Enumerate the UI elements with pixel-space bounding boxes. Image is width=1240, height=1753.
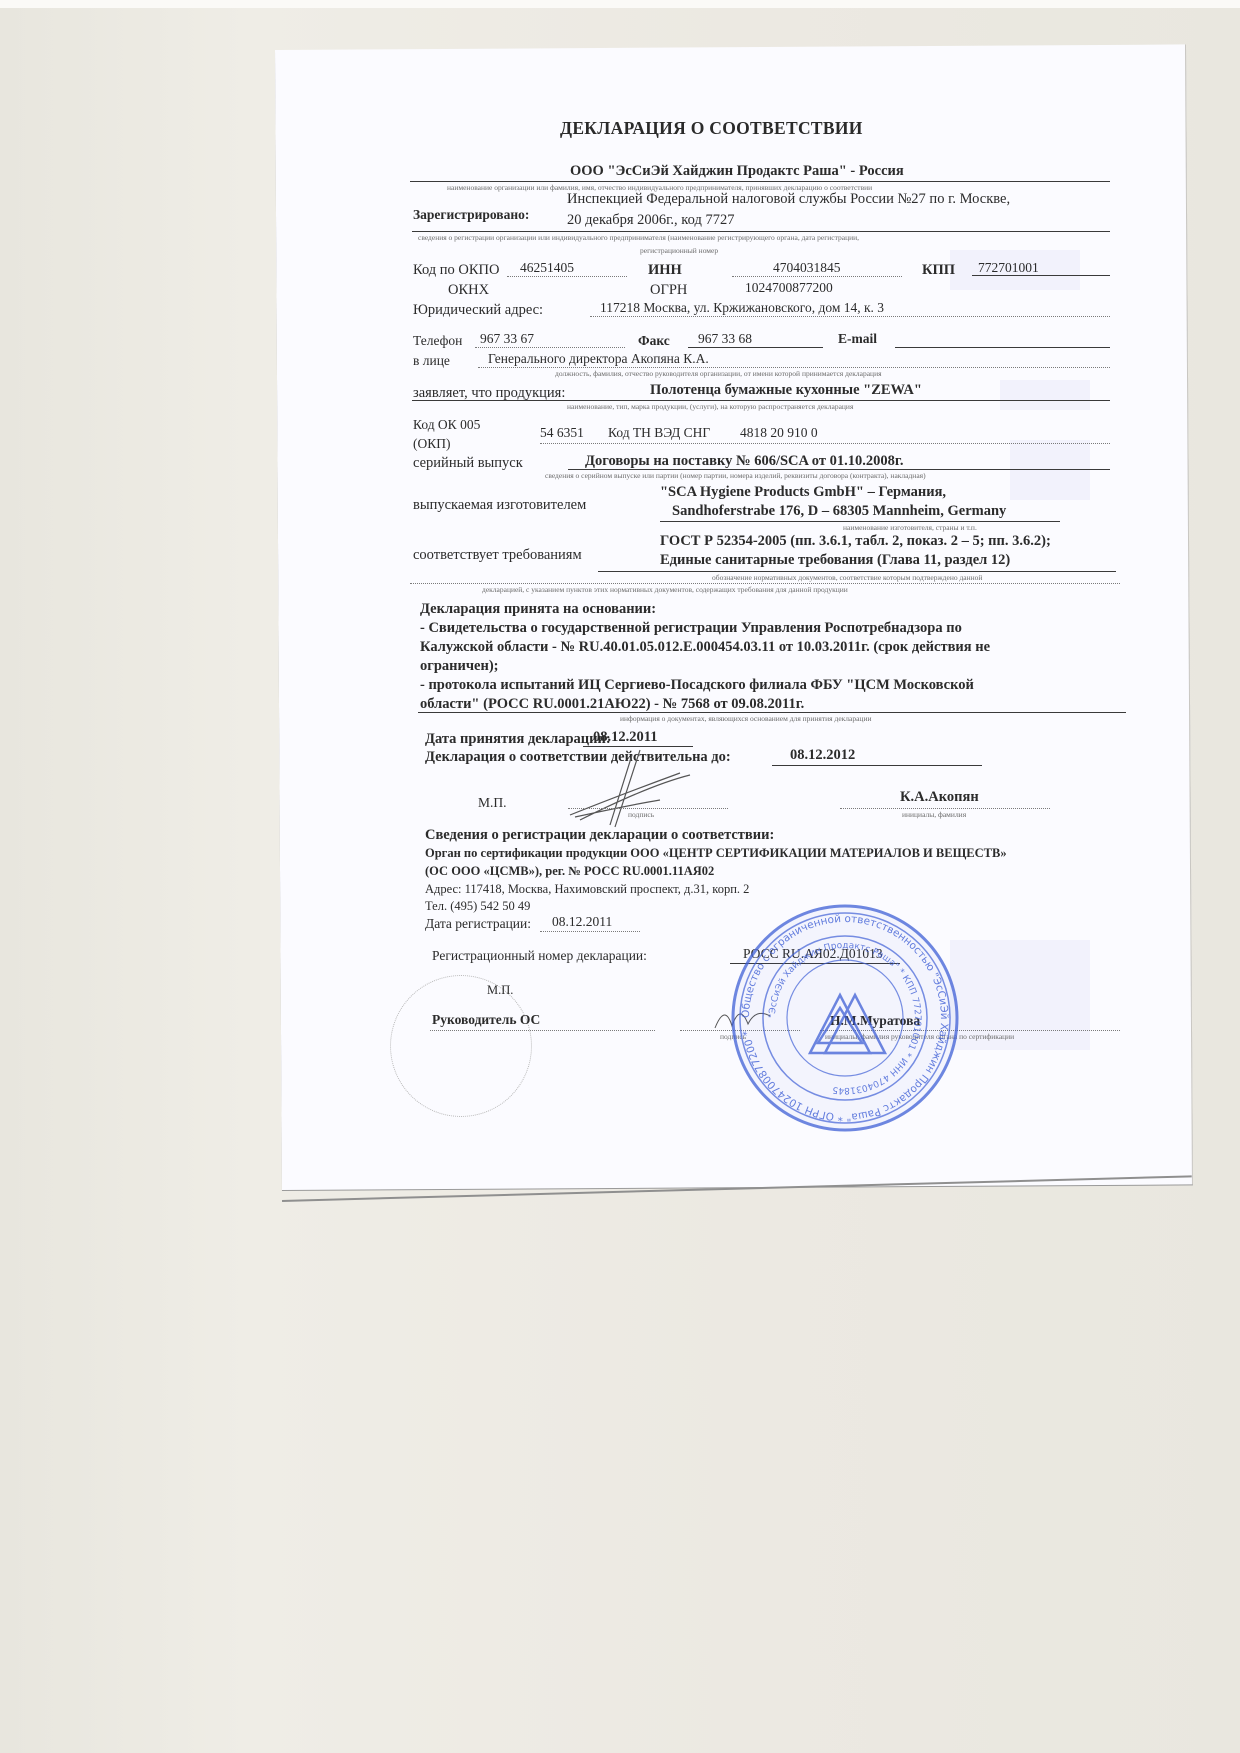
- company-stamp-icon: Общество с ограниченной ответственностью…: [730, 903, 960, 1133]
- basis-item2-line2: области" (РОСС RU.0001.21АЮ22) - № 7568 …: [420, 696, 804, 713]
- fax-value: 967 33 68: [698, 331, 752, 347]
- registration-date-value: 08.12.2011: [552, 914, 612, 930]
- registration-label: Зарегистрировано:: [413, 207, 529, 223]
- basis-underline: [418, 712, 1126, 713]
- ok005-value: 54 6351: [540, 425, 584, 441]
- ok005-label-1: Код ОК 005: [413, 417, 480, 433]
- okhx-label: ОКНХ: [448, 282, 489, 299]
- compliance-line1: ГОСТ Р 52354-2005 (пп. 3.6.1, табл. 2, п…: [660, 533, 1051, 550]
- inn-underline: [732, 276, 902, 277]
- ogrn-value: 1024700877200: [745, 280, 833, 296]
- represented-caption: должность, фамилия, отчество руководител…: [555, 369, 882, 378]
- serial-underline: [568, 469, 1110, 470]
- compliance-caption-2: декларацией, с указанием пунктов этих но…: [482, 585, 848, 594]
- seal-label-1: М.П.: [478, 795, 507, 811]
- compliance-line2: Единые санитарные требования (Глава 11, …: [660, 552, 1010, 569]
- signer-name-1: К.А.Акопян: [900, 789, 979, 806]
- manufacturer-caption: наименование изготовителя, страны и т.п.: [843, 523, 977, 532]
- registration-number-label: Регистрационный номер декларации:: [432, 948, 647, 964]
- certification-body-line2: (ОС ООО «ЦСМВ»), рег. № РОСС RU.0001.11А…: [425, 864, 714, 879]
- applicant-underline: [410, 181, 1110, 182]
- signature-caption-1: подпись: [628, 810, 654, 819]
- email-underline: [895, 347, 1110, 348]
- phone-label: Телефон: [413, 333, 462, 349]
- fax-underline: [688, 347, 823, 348]
- product-underline: [412, 400, 1110, 401]
- kpp-label: КПП: [922, 262, 955, 279]
- basis-caption: информация о документах, являющихся осно…: [620, 714, 871, 723]
- certification-body-line1: Орган по сертификации продукции ООО «ЦЕН…: [425, 846, 1007, 861]
- serial-caption: сведения о серийном выпуске или партии (…: [545, 471, 926, 480]
- okpo-underline: [507, 276, 627, 277]
- classification-underline: [540, 443, 1110, 444]
- registration-underline: [412, 231, 1110, 232]
- serial-value: Договоры на поставку № 606/SCA от 01.10.…: [585, 453, 903, 470]
- ok005-label-2: (ОКП): [413, 436, 451, 452]
- registration-line2: 20 декабря 2006г., код 7727: [567, 212, 734, 229]
- certifier-role-label: Руководитель ОС: [432, 1012, 540, 1028]
- bleed-through-mark: [1010, 440, 1090, 500]
- valid-until-value: 08.12.2012: [790, 747, 855, 764]
- registration-date-underline: [540, 931, 640, 932]
- compliance-dotted-line: [410, 583, 1120, 584]
- registration-caption-2: регистрационный номер: [640, 246, 718, 255]
- company-stamp: Общество с ограниченной ответственностью…: [730, 903, 960, 1133]
- represented-value: Генерального директора Акопяна К.А.: [488, 351, 709, 367]
- applicant-name: ООО "ЭсСиЭй Хайджин Продактс Раша" - Рос…: [570, 163, 904, 180]
- registration-date-label: Дата регистрации:: [425, 916, 531, 932]
- bleed-through-mark: [1000, 380, 1090, 410]
- okpo-label: Код по ОКПО: [413, 262, 500, 279]
- compliance-label: соответствует требованиям: [413, 547, 582, 564]
- phone-value: 967 33 67: [480, 331, 534, 347]
- compliance-caption-1: обозначение нормативных документов, соот…: [712, 573, 982, 582]
- represented-label: в лице: [413, 353, 450, 369]
- registration-caption-1: сведения о регистрации организации или и…: [418, 233, 859, 242]
- document-title: ДЕКЛАРАЦИЯ О СООТВЕТСТВИИ: [560, 118, 863, 139]
- product-caption: наименование, тип, марка продукции, (усл…: [567, 402, 853, 411]
- okpo-value: 46251405: [520, 260, 574, 276]
- ogrn-label: ОГРН: [650, 282, 687, 299]
- kpp-value: 772701001: [978, 260, 1039, 276]
- basis-item1-line1: - Свидетельства о государственной регист…: [420, 620, 962, 637]
- seal-label-2: М.П.: [487, 983, 513, 998]
- manufacturer-line1: "SCA Hygiene Products GmbH" – Германия,: [660, 484, 946, 501]
- scanner-top-strip: [0, 0, 1240, 8]
- certification-body-address: Адрес: 117418, Москва, Нахимовский просп…: [425, 882, 749, 897]
- signature-underline-1: [568, 808, 728, 809]
- valid-until-underline: [772, 765, 982, 766]
- tn-ved-label: Код ТН ВЭД СНГ: [608, 425, 710, 441]
- email-label: E-mail: [838, 331, 877, 347]
- kpp-underline: [972, 275, 1110, 276]
- basis-heading: Декларация принята на основании:: [420, 601, 656, 618]
- registration-info-heading: Сведения о регистрации декларации о соот…: [425, 827, 774, 844]
- manufacturer-label: выпускаемая изготовителем: [413, 497, 586, 514]
- address-underline: [590, 316, 1110, 317]
- signer-caption-1: инициалы, фамилия: [902, 810, 966, 819]
- certifier-role-underline: [430, 1030, 655, 1031]
- basis-item1-line3: ограничен);: [420, 658, 498, 675]
- basis-item1-line2: Калужской области - № RU.40.01.05.012.Е.…: [420, 639, 990, 656]
- accepted-date-value: 08.12.2011: [593, 729, 657, 746]
- address-value: 117218 Москва, ул. Кржижановского, дом 1…: [600, 300, 884, 316]
- manufacturer-line2: Sandhoferstrabe 176, D – 68305 Mannheim,…: [672, 503, 1006, 520]
- product-value: Полотенца бумажные кухонные "ZEWA": [650, 382, 922, 399]
- registration-line1: Инспекцией Федеральной налоговой службы …: [567, 191, 1010, 208]
- inn-label: ИНН: [648, 262, 682, 279]
- basis-item2-line1: - протокола испытаний ИЦ Сергиево-Посадс…: [420, 677, 974, 694]
- certification-body-phone: Тел. (495) 542 50 49: [425, 899, 530, 914]
- serial-label: серийный выпуск: [413, 455, 523, 472]
- represented-underline: [478, 367, 1110, 368]
- manufacturer-underline: [660, 521, 1060, 522]
- inn-value: 4704031845: [773, 260, 841, 276]
- tn-ved-value: 4818 20 910 0: [740, 425, 818, 441]
- phone-underline: [475, 347, 625, 348]
- address-label: Юридический адрес:: [413, 302, 543, 319]
- compliance-underline: [598, 571, 1116, 572]
- fax-label: Факс: [638, 333, 670, 349]
- signer-underline-1: [840, 808, 1050, 809]
